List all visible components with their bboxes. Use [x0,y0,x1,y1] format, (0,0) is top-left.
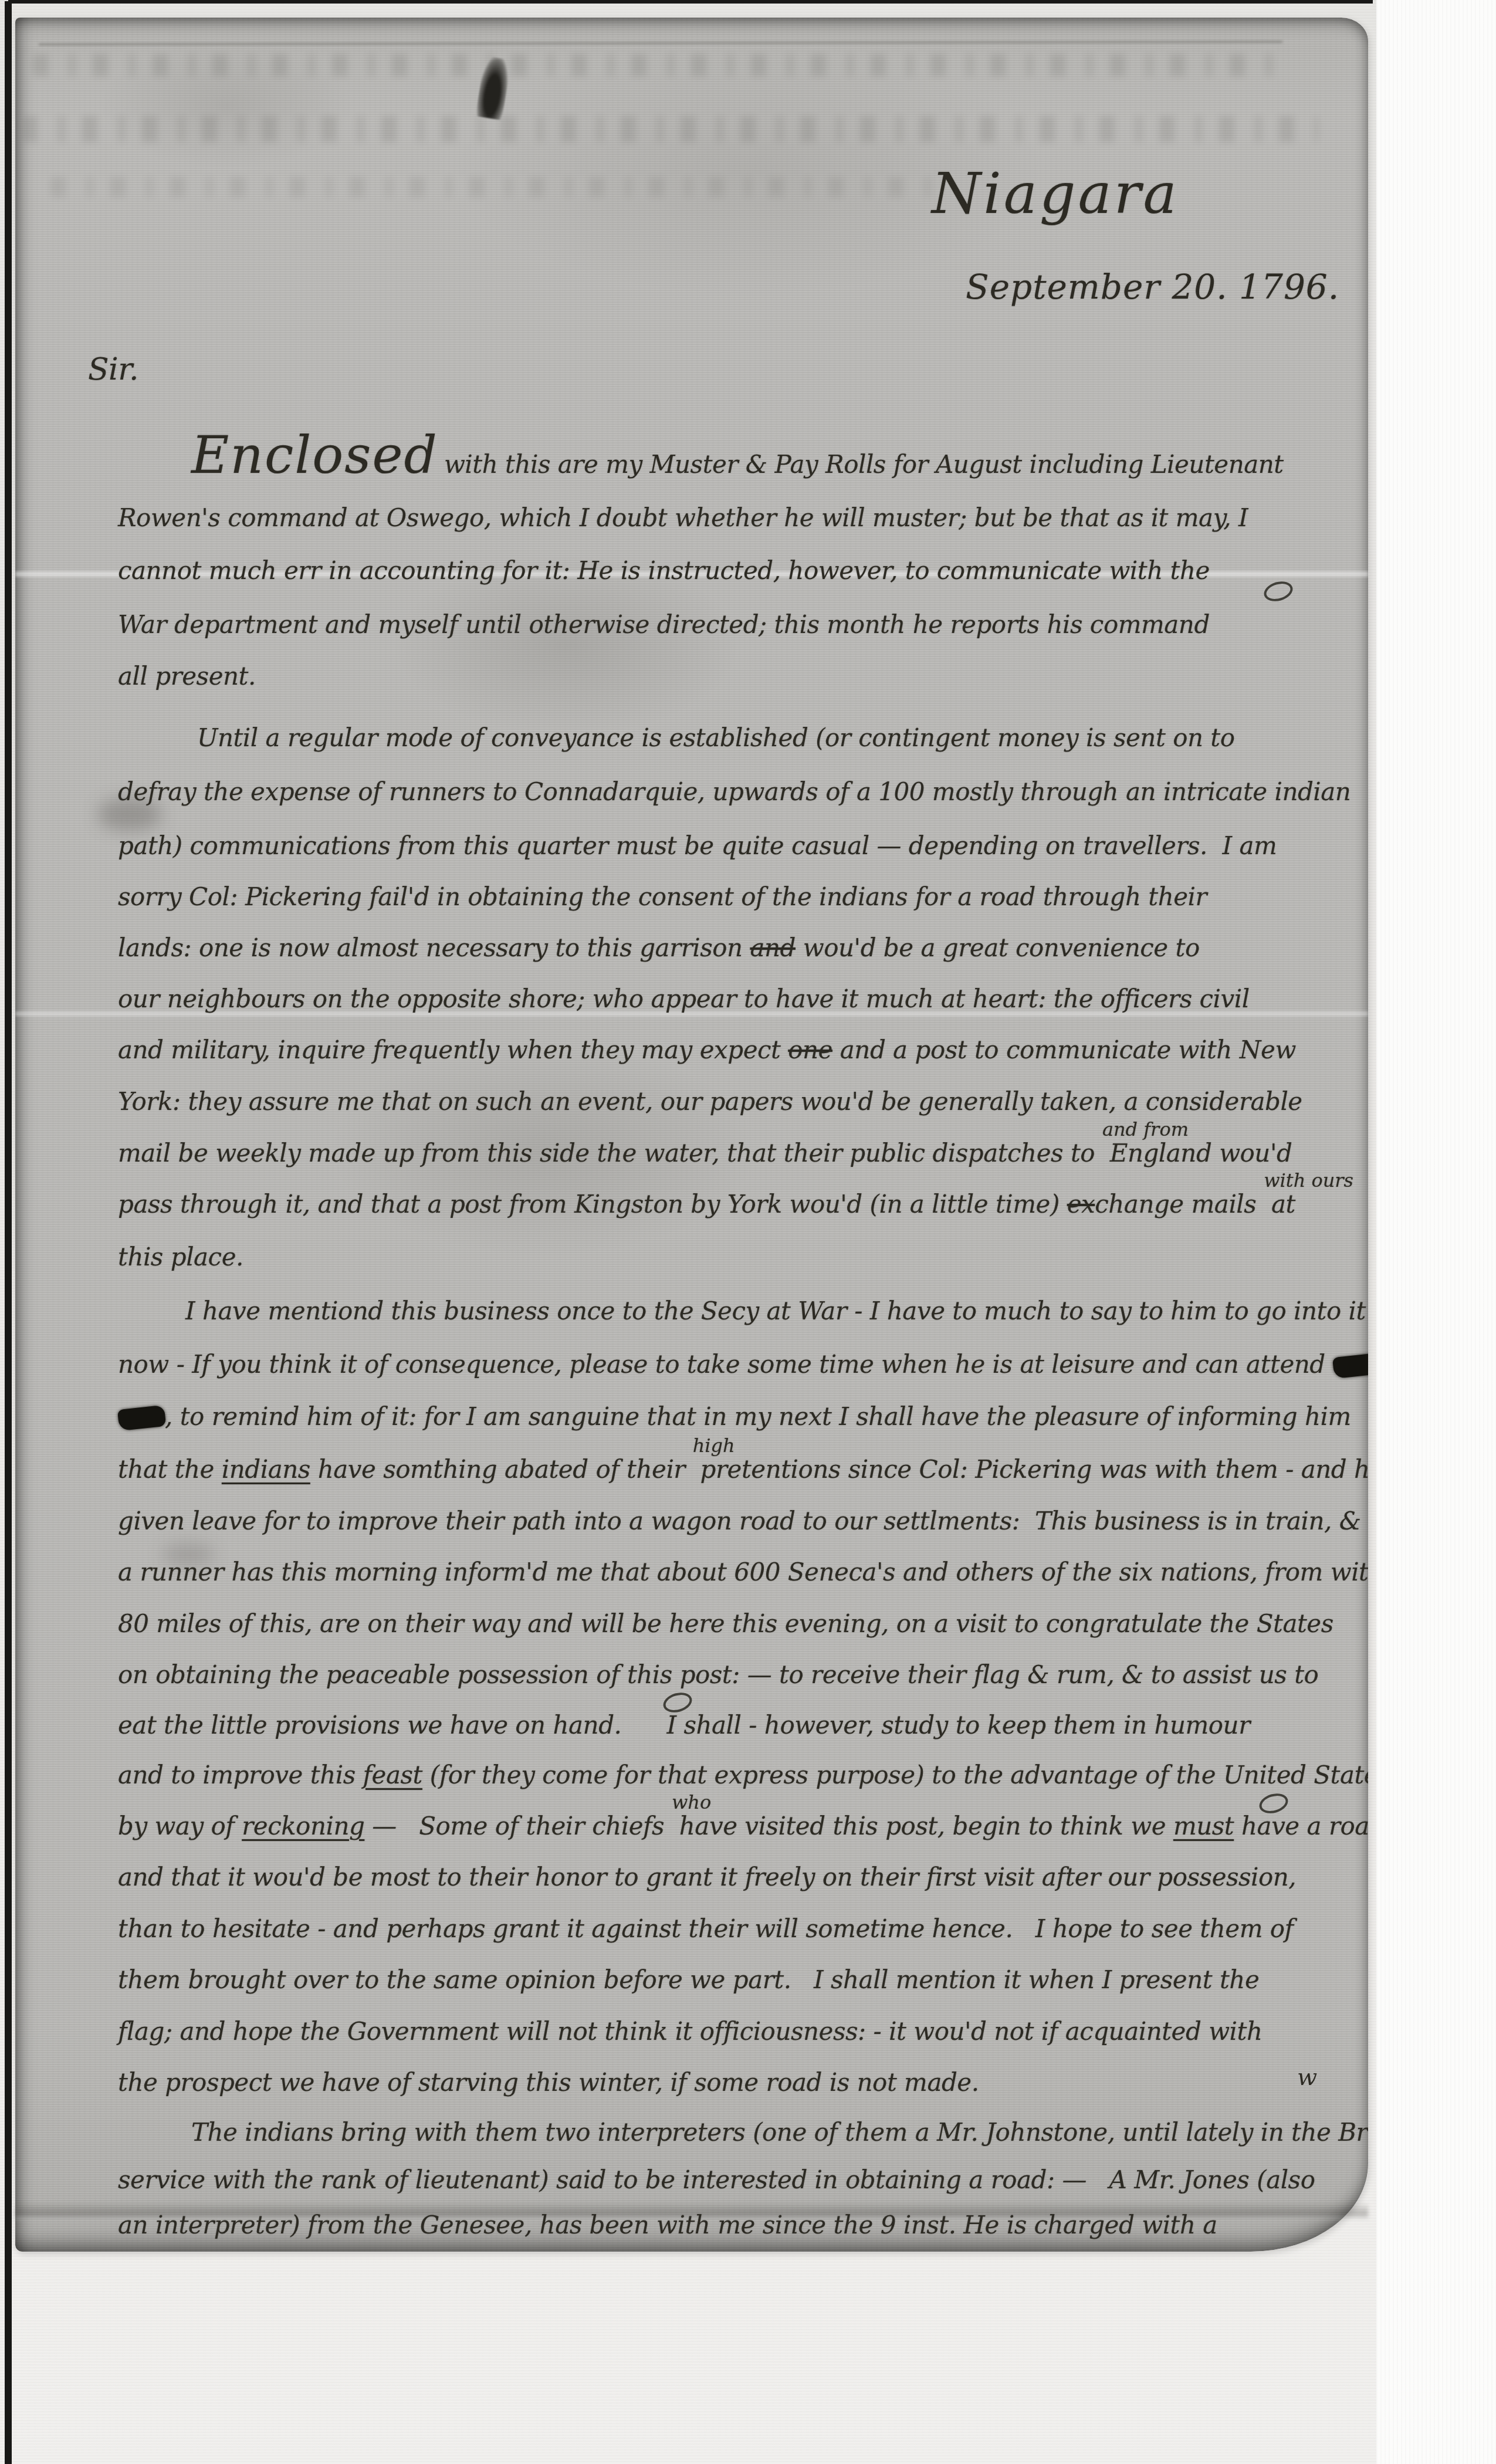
manuscript-line: 80 miles of this, are on their way and w… [118,1610,1333,1637]
line-text: , to remind him of it: for I am sanguine… [165,1402,1351,1431]
manuscript-line: sorry Col: Pickering fail'd in obtaining… [118,884,1207,911]
strikethrough-word: ex [1067,1190,1095,1219]
manuscript-line: cannot much err in accounting for it: He… [118,557,1210,584]
line-text: and military, inquire frequently when th… [118,1035,788,1064]
letter-text: Niagara September 20. 1796. Sir. Enclose… [15,18,1368,2252]
underlined-word: feast [363,1761,422,1789]
manuscript-line: service with the rank of lieutenant) sai… [118,2167,1315,2194]
underlined-word: reckoning [242,1812,364,1840]
line-text: and a post to communicate with New [832,1035,1296,1064]
manuscript-line: a runner has this morning inform'd me th… [118,1559,1368,1586]
manuscript-line: them brought over to the same opinion be… [118,1967,1259,1993]
line-text: with this are my Muster & Pay Rolls for … [444,450,1284,479]
place-line: Niagara [932,163,1179,225]
manuscript-line: than to hesitate - and perhaps grant it … [118,1915,1294,1942]
strikethrough-word: and [750,933,795,962]
manuscript-line: War department and myself until otherwis… [118,611,1210,638]
line-text: at [1264,1190,1295,1219]
line-text: change mails [1095,1190,1264,1219]
line-text: pretentions since Col: Pickering was wit… [693,1455,1368,1484]
underlined-word: must [1173,1812,1234,1840]
scan-edge-top [8,0,1373,4]
line-text: have somthing abated of their [310,1455,693,1484]
manuscript-line: flag; and hope the Government will not t… [118,2018,1262,2045]
manuscript-line: by way of reckoning — Some of their chie… [118,1813,1368,1840]
manuscript-line: all present. [118,663,256,690]
scanner-margin-right [1376,0,1496,2464]
manuscript-line: given leave for to improve their path in… [118,1508,1361,1535]
manuscript-line: that the indians have somthing abated of… [118,1456,1368,1483]
manuscript-line: the prospect we have of starving this wi… [118,2069,979,2096]
manuscript-line: defray the expense of runners to Connada… [118,779,1351,805]
manuscript-line: on obtaining the peaceable possession of… [118,1661,1318,1688]
manuscript-line: this place. [118,1244,243,1271]
manuscript-line: pass through it, and that a post from Ki… [118,1191,1295,1218]
line-text: have visited this post, begin to think w… [672,1812,1173,1840]
line-text: now - If you think it of consequence, pl… [118,1350,1333,1379]
line-text: wou'd be a great convenience to [796,933,1200,962]
date-line: September 20. 1796. [966,269,1339,306]
manuscript-line: now - If you think it of consequence, pl… [118,1351,1368,1378]
catchword: w [1297,2064,1317,2091]
line-text: pass through it, and that a post from Ki… [118,1190,1067,1219]
manuscript-line: Until a regular mode of conveyance is es… [197,725,1235,752]
salutation: Sir. [88,353,138,387]
manuscript-line: and that it wou'd be most to their honor… [118,1864,1296,1891]
manuscript-line: mail be weekly made up from this side th… [118,1140,1292,1167]
manuscript-line: path) communications from this quarter m… [118,832,1277,859]
manuscript-line: our neighbours on the opposite shore; wh… [118,986,1250,1013]
manuscript-line: York: they assure me that on such an eve… [118,1088,1302,1115]
manuscript-line: The indians bring with them two interpre… [191,2119,1368,2146]
line-text: England wou'd [1102,1139,1292,1167]
line-text: — Some of their chiefs [364,1812,672,1840]
line-text: and to improve this [118,1761,363,1789]
line-text: mail be weekly made up from this side th… [118,1139,1102,1167]
manuscript-line: eat the little provisions we have on han… [118,1712,1250,1739]
manuscript-line: and to improve this feast (for they come… [118,1762,1368,1789]
manuscript-line: Rowen's command at Oswego, which I doubt… [118,505,1248,532]
manuscript-line: Enclosedwith this are my Muster & Pay Ro… [191,427,1284,484]
manuscript-line: , to remind him of it: for I am sanguine… [118,1403,1351,1430]
strikethrough-word: one [788,1035,832,1064]
ink-blot [1332,1353,1368,1379]
ink-blot [117,1405,166,1431]
line-text: have a road; [1234,1812,1368,1840]
scan-edge-left [5,1,12,2464]
manuscript-line: an interpreter) from the Genesee, has be… [118,2212,1217,2239]
manuscript-line: lands: one is now almost necessary to th… [118,935,1200,962]
line-text: that the [118,1455,222,1484]
line-text: (for they come for that express purpose)… [422,1761,1368,1789]
line-text: lands: one is now almost necessary to th… [118,933,750,962]
underlined-word: indians [222,1455,310,1484]
manuscript-line: and military, inquire frequently when th… [118,1037,1296,1064]
scanned-letter-page: { "scan": { "paper_color": "#bab9b6", "i… [0,0,1496,2464]
line-text: by way of [118,1812,242,1840]
flourished-word: Enclosed [191,425,438,485]
manuscript-line: I have mentiond this business once to th… [185,1298,1366,1325]
